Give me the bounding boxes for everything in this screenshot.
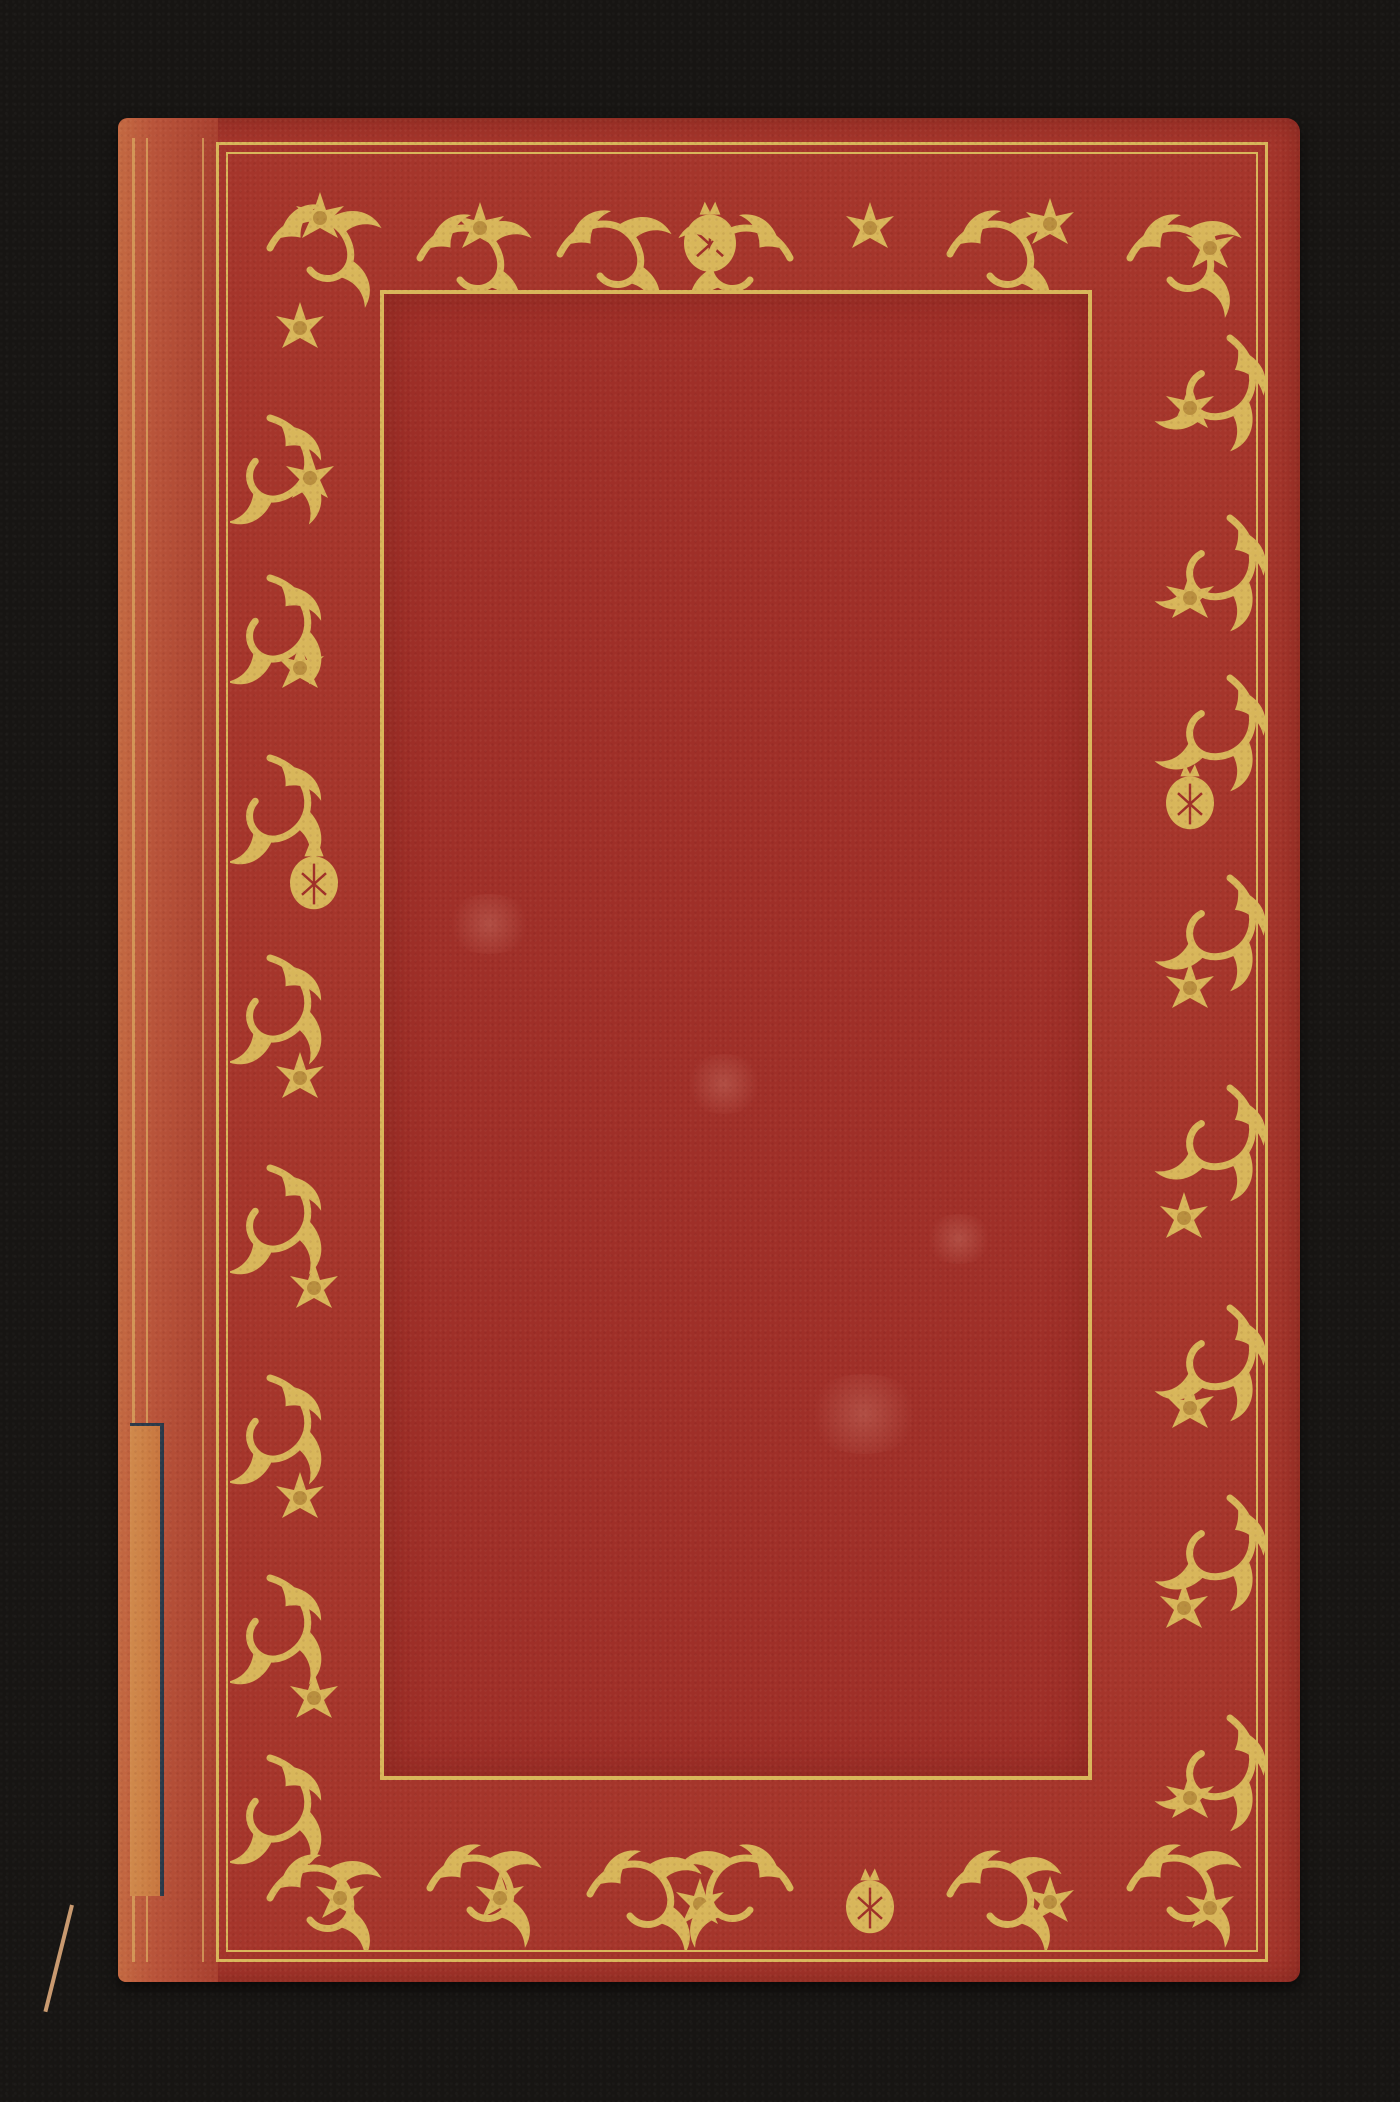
- wear-mark: [684, 1054, 764, 1114]
- center-panel: [380, 290, 1092, 1780]
- wear-mark: [924, 1214, 994, 1264]
- wear-mark: [804, 1374, 924, 1454]
- wear-mark: [444, 894, 534, 954]
- bookmark-ribbon: [43, 1905, 73, 2013]
- book-cover: [118, 118, 1300, 1982]
- spine: [118, 118, 218, 1982]
- spine-label: [130, 1423, 164, 1896]
- spine-gilt-line: [202, 138, 204, 1962]
